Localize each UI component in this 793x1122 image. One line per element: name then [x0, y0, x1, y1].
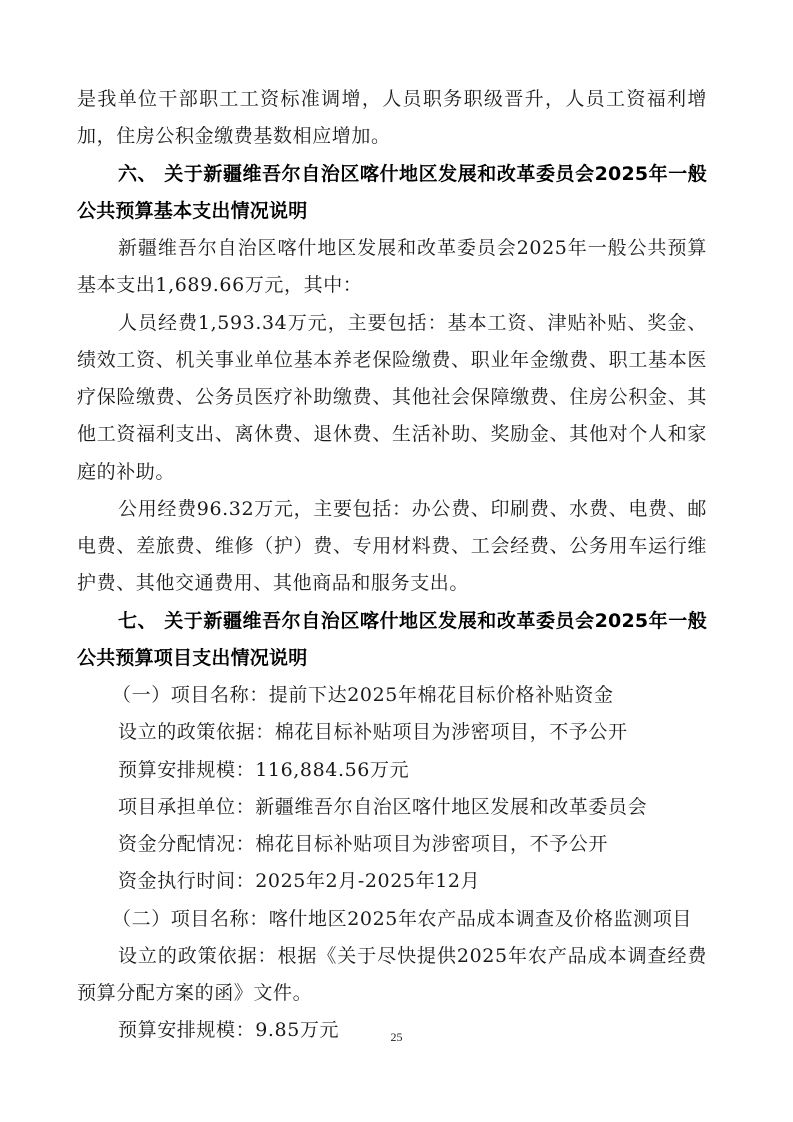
paragraph-continuation: 是我单位干部职工工资标准调增，人员职务职级晋升，人员工资福利增加，住房公积金缴费…	[77, 81, 707, 156]
section-heading-7: 七、 关于新疆维吾尔自治区喀什地区发展和改革委员会2025年一般公共预算项目支出…	[77, 603, 707, 678]
page-number: 25	[0, 1030, 793, 1045]
paragraph-public-expenses: 公用经费96.32万元，主要包括：办公费、印刷费、水费、电费、邮电费、差旅费、维…	[77, 491, 707, 603]
project-1-policy-basis: 设立的政策依据：棉花目标补贴项目为涉密项目，不予公开	[77, 714, 707, 751]
project-1-execution-period: 资金执行时间：2025年2月-2025年12月	[77, 863, 707, 900]
project-1-name: （一）项目名称：提前下达2025年棉花目标价格补贴资金	[77, 677, 707, 714]
paragraph-personnel-expenses: 人员经费1,593.34万元，主要包括：基本工资、津贴补贴、奖金、绩效工资、机关…	[77, 305, 707, 491]
project-1-responsible-unit: 项目承担单位：新疆维吾尔自治区喀什地区发展和改革委员会	[77, 789, 707, 826]
project-2-name: （二）项目名称：喀什地区2025年农产品成本调查及价格监测项目	[77, 901, 707, 938]
document-page: 是我单位干部职工工资标准调增，人员职务职级晋升，人员工资福利增加，住房公积金缴费…	[77, 81, 707, 1050]
project-1-fund-allocation: 资金分配情况：棉花目标补贴项目为涉密项目，不予公开	[77, 826, 707, 863]
section-heading-6: 六、 关于新疆维吾尔自治区喀什地区发展和改革委员会2025年一般公共预算基本支出…	[77, 156, 707, 231]
paragraph-basic-expenditure-total: 新疆维吾尔自治区喀什地区发展和改革委员会2025年一般公共预算基本支出1,689…	[77, 230, 707, 305]
project-1-budget-scale: 预算安排规模：116,884.56万元	[77, 752, 707, 789]
project-2-policy-basis: 设立的政策依据：根据《关于尽快提供2025年农产品成本调查经费预算分配方案的函》…	[77, 938, 707, 1013]
